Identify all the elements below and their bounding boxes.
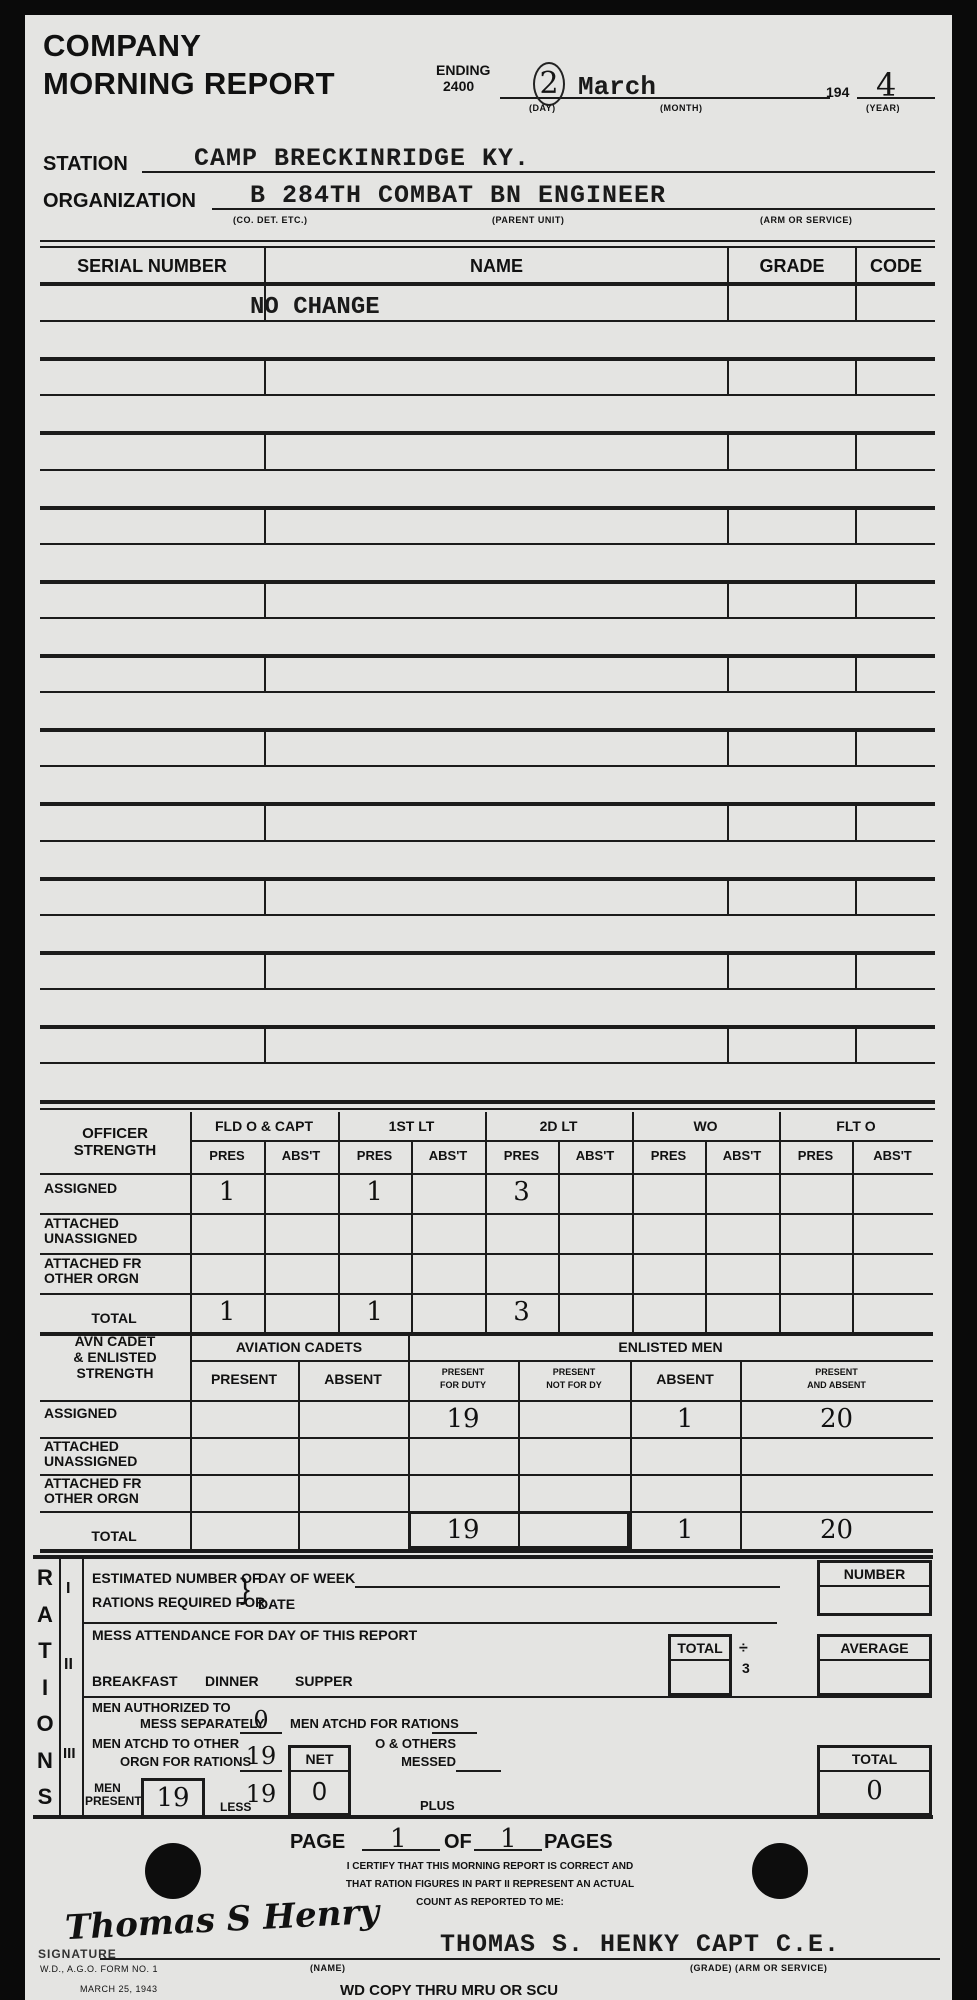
less-value[interactable]: 19: [240, 1780, 282, 1808]
enlisted-row-label: ATTACHEDUNASSIGNED: [44, 1439, 137, 1469]
row-line: [40, 394, 935, 396]
col-divider: [855, 1025, 857, 1062]
row-line: [40, 654, 935, 658]
o-others-line1: O & OTHERS: [366, 1736, 456, 1751]
day-of-week-field[interactable]: [355, 1586, 780, 1588]
cadet-absent-header: ABSENT: [298, 1371, 408, 1387]
entry-table-bottom: [40, 1100, 935, 1104]
officer-pres-header: PRES: [632, 1148, 705, 1163]
grid-line: [411, 1140, 413, 1332]
form-title-line2: MORNING REPORT: [43, 66, 335, 102]
row-line: [40, 320, 935, 322]
col-divider: [264, 951, 266, 988]
col-divider: [855, 357, 857, 394]
officer-group-header: FLT O: [779, 1118, 933, 1134]
entry-name[interactable]: NO CHANGE: [250, 294, 380, 321]
of-label: OF: [444, 1831, 472, 1854]
ration-total-value: 0: [820, 1776, 929, 1806]
page-label: PAGE: [290, 1831, 345, 1854]
officer-absent-header: ABS'T: [411, 1148, 485, 1163]
header-divider-top: [40, 240, 935, 242]
name-caption: (NAME): [310, 1963, 346, 1973]
grade-caption: (GRADE) (ARM OR SERVICE): [690, 1963, 827, 1973]
org-caption-unit: (CO. DET. ETC.): [233, 215, 308, 225]
day-value[interactable]: 2: [533, 62, 565, 106]
o-others-field[interactable]: [456, 1770, 501, 1772]
col-divider: [727, 357, 729, 394]
certify-line: I CERTIFY THAT THIS MORNING REPORT IS CO…: [347, 1861, 633, 1872]
col-divider: [727, 951, 729, 988]
mess-total-label: TOTAL: [671, 1637, 729, 1661]
col-header-name: NAME: [266, 256, 727, 277]
ration-total-label: TOTAL: [820, 1748, 929, 1772]
officer-count[interactable]: 1: [190, 1297, 264, 1327]
enlisted-strength-title: AVN CADET& ENLISTEDSTRENGTH: [40, 1333, 190, 1381]
rations-letter: S: [30, 1784, 60, 1810]
average-box[interactable]: AVERAGE: [817, 1634, 932, 1696]
plus-label: PLUS: [420, 1798, 455, 1813]
row-line: [40, 951, 935, 955]
form-title-line1: COMPANY: [43, 28, 201, 64]
col-divider: [855, 506, 857, 543]
officer-absent-header: ABS'T: [558, 1148, 632, 1163]
ration-total-box[interactable]: TOTAL0: [817, 1745, 932, 1816]
entry-table-bottom-2: [40, 1108, 935, 1110]
title-line: OFFICER: [82, 1125, 148, 1142]
col-divider: [727, 728, 729, 765]
row-line: [40, 877, 935, 881]
title-line: & ENLISTED: [73, 1349, 156, 1365]
col-divider: [727, 580, 729, 617]
row-line: [40, 506, 935, 510]
grid-line: [298, 1360, 300, 1549]
month-caption: (MONTH): [660, 103, 703, 113]
grid-line: [40, 1437, 933, 1439]
officer-count[interactable]: 1: [338, 1177, 411, 1207]
col-header-grade: GRADE: [729, 256, 855, 277]
title-line: STRENGTH: [77, 1365, 154, 1381]
org-caption-parent: (PARENT UNIT): [492, 215, 564, 225]
col-divider: [264, 357, 266, 394]
officer-count[interactable]: 1: [338, 1297, 411, 1327]
absent-header: ABSENT: [630, 1371, 740, 1387]
day-caption: (DAY): [529, 103, 556, 113]
part1-line1: ESTIMATED NUMBER OF: [92, 1570, 261, 1586]
officer-strength-title: OFFICERSTRENGTH: [40, 1125, 190, 1159]
officer-row-label: ATTACHEDUNASSIGNED: [44, 1216, 137, 1246]
form-date: MARCH 25, 1943: [80, 1984, 158, 1994]
rations-letter: R: [30, 1565, 60, 1591]
grid-line: [40, 1474, 933, 1476]
grid-line: [632, 1112, 634, 1332]
officer-pres-header: PRES: [190, 1148, 264, 1163]
row-line: [40, 580, 935, 584]
net-box[interactable]: NET0: [288, 1745, 351, 1816]
col-divider: [855, 654, 857, 691]
officer-group-header: WO: [632, 1118, 779, 1134]
part1-numeral: I: [66, 1580, 70, 1598]
atchd-rations-label: MEN ATCHD FOR RATIONS: [290, 1716, 459, 1731]
officer-pres-header: PRES: [338, 1148, 411, 1163]
col-divider: [727, 802, 729, 840]
col-divider: [855, 802, 857, 840]
auth-line1: MEN AUTHORIZED TO: [92, 1700, 231, 1715]
other-value[interactable]: 19: [240, 1742, 282, 1770]
col-divider: [727, 506, 729, 543]
men-present-value: 19: [144, 1783, 202, 1813]
col-divider: [855, 283, 857, 320]
grid-line: [558, 1140, 560, 1332]
brace-icon: }: [240, 1568, 250, 1612]
col-divider: [727, 654, 729, 691]
certify-line: COUNT AS REPORTED TO ME:: [416, 1897, 564, 1908]
organization-value[interactable]: B 284TH COMBAT BN ENGINEER: [250, 181, 666, 210]
rations-bottom: [33, 1815, 933, 1819]
row-line: [40, 914, 935, 916]
month-value[interactable]: March: [578, 72, 656, 102]
officer-row-label: TOTAL: [44, 1311, 184, 1326]
net-value: 0: [291, 1776, 348, 1807]
grid-line: [40, 1400, 933, 1402]
rations-letter: N: [30, 1748, 60, 1774]
officer-row-label: ATTACHED FROTHER ORGN: [44, 1256, 141, 1286]
divide-by: 3: [742, 1660, 750, 1676]
part2-numeral: II: [64, 1656, 73, 1674]
divide-icon: ÷: [739, 1640, 748, 1658]
aviation-cadets-header: AVIATION CADETS: [190, 1339, 408, 1355]
o-others-line2: MESSED: [366, 1754, 456, 1769]
copy-note: WD COPY THRU MRU OR SCU: [340, 1982, 558, 1999]
enlisted-men-header: ENLISTED MEN: [408, 1339, 933, 1355]
grid-line: [190, 1140, 933, 1142]
officer-absent-header: ABS'T: [852, 1148, 933, 1163]
binder-hole-left: [145, 1843, 201, 1899]
enlisted-count[interactable]: 19: [408, 1515, 518, 1545]
row-line: [40, 802, 935, 806]
col-divider: [727, 431, 729, 469]
col-divider: [264, 802, 266, 840]
officer-absent-header: ABS'T: [264, 1148, 338, 1163]
day-of-week-label: DAY OF WEEK: [258, 1570, 355, 1586]
officer-count[interactable]: 3: [485, 1177, 558, 1207]
year-caption: (YEAR): [866, 103, 900, 113]
table-header-bottom: [40, 282, 935, 286]
mess-total-box[interactable]: TOTAL: [668, 1634, 732, 1696]
col-divider: [264, 580, 266, 617]
col-divider: [264, 654, 266, 691]
year-value[interactable]: 4: [876, 66, 896, 104]
officer-count[interactable]: 1: [190, 1177, 264, 1207]
typed-name[interactable]: THOMAS S. HENKY CAPT C.E.: [440, 1930, 840, 1959]
col-divider: [727, 877, 729, 914]
col-header-code: CODE: [857, 256, 935, 277]
ending-label: ENDING: [436, 62, 490, 78]
col-divider: [264, 506, 266, 543]
col-divider: [727, 1025, 729, 1062]
enlisted-row-label: ATTACHED FROTHER ORGN: [44, 1476, 141, 1506]
rations-letter: T: [30, 1638, 60, 1664]
col-header-serial: SERIAL NUMBER: [40, 256, 264, 277]
col-divider: [855, 431, 857, 469]
rations-letter: A: [30, 1602, 60, 1628]
atchd-rations-field[interactable]: [432, 1732, 477, 1734]
col-divider: [855, 728, 857, 765]
number-box[interactable]: NUMBER: [817, 1560, 932, 1616]
row-line: [40, 988, 935, 990]
col-divider: [264, 431, 266, 469]
officer-group-header: FLD O & CAPT: [190, 1118, 338, 1134]
enlisted-count[interactable]: 1: [630, 1515, 740, 1545]
label-line: MEN: [94, 1781, 121, 1795]
ending-time: 2400: [443, 78, 474, 94]
net-label: NET: [291, 1748, 348, 1772]
enlisted-count[interactable]: 20: [740, 1404, 933, 1434]
officer-count[interactable]: 3: [485, 1297, 558, 1327]
col-divider: [264, 877, 266, 914]
row-line: [40, 357, 935, 361]
rations-letter: O: [30, 1711, 60, 1737]
present-for-duty-header: PRESENTFOR DUTY: [408, 1366, 518, 1392]
col-divider: [855, 580, 857, 617]
form-number: W.D., A.G.O. FORM NO. 1: [40, 1964, 158, 1974]
rations-letter: I: [30, 1675, 60, 1701]
row-line: [40, 691, 935, 693]
men-present-label: MENPRESENT: [85, 1782, 130, 1808]
present-not-for-duty-header: PRESENTNOT FOR DY: [518, 1366, 630, 1392]
row-line: [40, 617, 935, 619]
year-prefix: 194: [826, 84, 849, 100]
pages-value[interactable]: 1: [500, 1824, 517, 1854]
enlisted-count[interactable]: 20: [740, 1515, 933, 1545]
enlisted-row-label: ASSIGNED: [44, 1406, 117, 1421]
date-label: DATE: [258, 1596, 295, 1612]
rations-part-divider: [82, 1558, 84, 1815]
other-line2: ORGN FOR RATIONS: [120, 1754, 251, 1769]
officer-row-label: ASSIGNED: [44, 1181, 117, 1196]
col-divider: [855, 951, 857, 988]
supper-label[interactable]: SUPPER: [295, 1673, 353, 1689]
label-line: PRESENT: [85, 1794, 142, 1808]
officer-pres-header: PRES: [779, 1148, 852, 1163]
officer-group-header: 2D LT: [485, 1118, 632, 1134]
header-divider-bottom: [40, 246, 935, 248]
average-label: AVERAGE: [820, 1637, 929, 1661]
grid-line: [779, 1112, 781, 1332]
col-divider: [855, 877, 857, 914]
enlisted-count[interactable]: 1: [630, 1404, 740, 1434]
grid-line: [852, 1140, 854, 1332]
grid-line: [705, 1140, 707, 1332]
auth-value[interactable]: 0: [240, 1706, 282, 1734]
other-line1: MEN ATCHD TO OTHER: [92, 1736, 239, 1751]
certify-line: THAT RATION FIGURES IN PART II REPRESENT…: [346, 1879, 634, 1890]
other-underline: [240, 1770, 282, 1772]
part3-numeral: III: [63, 1745, 76, 1762]
title-line: STRENGTH: [74, 1142, 157, 1159]
officer-pres-header: PRES: [485, 1148, 558, 1163]
part1-bottom: [82, 1622, 777, 1624]
enlisted-count[interactable]: 19: [408, 1404, 518, 1434]
title-line: AVN CADET: [75, 1333, 156, 1349]
row-line: [40, 543, 935, 545]
organization-label: ORGANIZATION: [43, 190, 196, 213]
row-line: [40, 431, 935, 435]
dinner-label[interactable]: DINNER: [205, 1673, 259, 1689]
pages-label: PAGES: [544, 1831, 613, 1854]
col-divider: [264, 283, 266, 320]
grid-line: [40, 1549, 933, 1553]
station-label: STATION: [43, 153, 128, 176]
officer-group-header: 1ST LT: [338, 1118, 485, 1134]
station-value[interactable]: CAMP BRECKINRIDGE KY.: [194, 144, 530, 173]
mess-attendance-title: MESS ATTENDANCE FOR DAY OF THIS REPORT: [92, 1627, 417, 1643]
row-line: [40, 1025, 935, 1029]
row-line: [40, 469, 935, 471]
enlisted-row-label: TOTAL: [44, 1529, 184, 1544]
part2-bottom: [82, 1696, 932, 1698]
grid-line: [190, 1360, 933, 1362]
grid-line: [190, 1332, 192, 1549]
col-divider: [264, 1025, 266, 1062]
men-present-box[interactable]: 19: [141, 1778, 205, 1816]
breakfast-label[interactable]: BREAKFAST: [92, 1673, 178, 1689]
present-and-absent-header: PRESENTAND ABSENT: [740, 1366, 933, 1392]
number-label: NUMBER: [820, 1563, 929, 1587]
col-divider: [727, 283, 729, 320]
col-divider: [264, 728, 266, 765]
officer-absent-header: ABS'T: [705, 1148, 779, 1163]
page-value[interactable]: 1: [390, 1824, 407, 1854]
cadet-present-header: PRESENT: [190, 1371, 298, 1387]
org-caption-arm: (ARM OR SERVICE): [760, 215, 852, 225]
row-line: [40, 840, 935, 842]
rations-top: [33, 1555, 933, 1559]
row-line: [40, 728, 935, 732]
row-line: [40, 1062, 935, 1064]
row-line: [40, 765, 935, 767]
grid-line: [264, 1140, 266, 1332]
